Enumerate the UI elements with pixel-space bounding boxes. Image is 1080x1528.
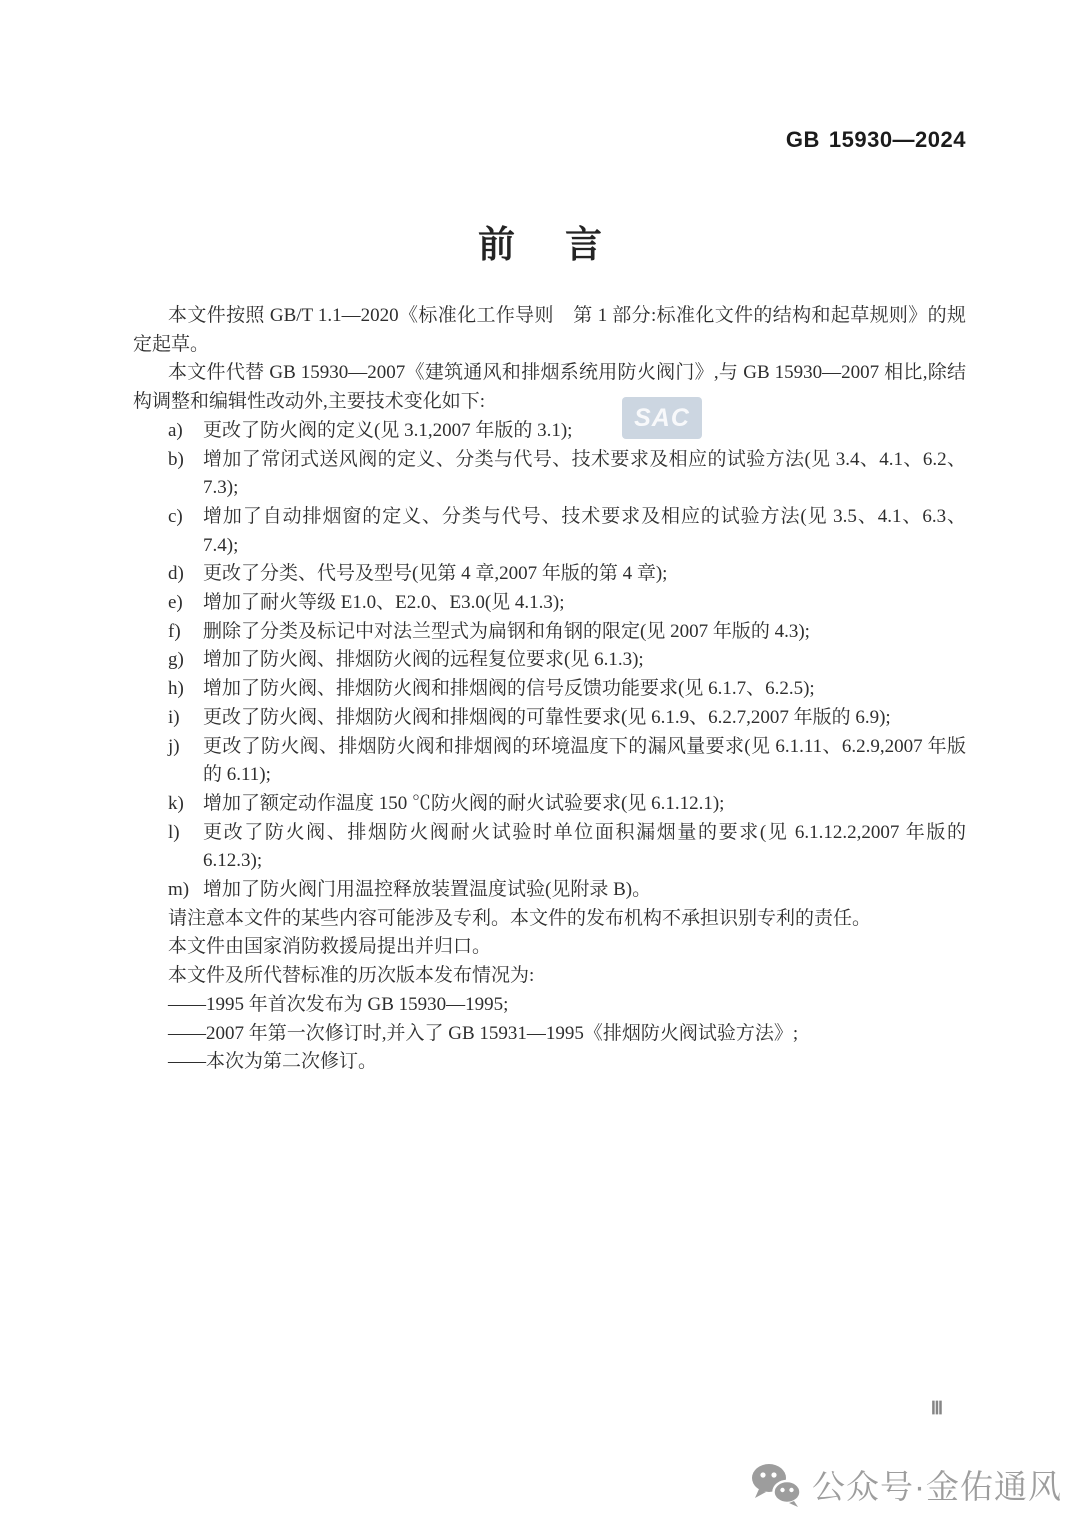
change-text: 更改了防火阀、排烟防火阀和排烟阀的可靠性要求(见 6.1.9、6.2.7,200… — [203, 707, 891, 728]
page-title: 前言 — [0, 214, 1080, 268]
change-item: a) 更改了防火阀的定义(见 3.1,2007 年版的 3.1); — [133, 417, 966, 446]
change-item: i) 更改了防火阀、排烟防火阀和排烟阀的可靠性要求(见 6.1.9、6.2.7,… — [133, 704, 966, 733]
change-text: 增加了自动排烟窗的定义、分类与代号、技术要求及相应的试验方法(见 3.5、4.1… — [203, 506, 966, 556]
changes-list: a) 更改了防火阀的定义(见 3.1,2007 年版的 3.1); b) 增加了… — [133, 417, 966, 905]
standard-code-gb: GB — [786, 127, 820, 152]
change-text: 更改了防火阀、排烟防火阀耐火试验时单位面积漏烟量的要求(见 6.1.12.2,2… — [203, 822, 966, 872]
page-number: Ⅲ — [922, 1398, 952, 1419]
change-label: b) — [168, 446, 184, 475]
change-label: c) — [168, 503, 183, 532]
edition-history-list: ——1995 年首次发布为 GB 15930—1995; ——2007 年第一次… — [133, 991, 966, 1077]
wechat-watermark: 公众号·金佑通风 — [750, 1461, 1062, 1508]
change-item: b) 增加了常闭式送风阀的定义、分类与代号、技术要求及相应的试验方法(见 3.4… — [133, 446, 966, 503]
change-text: 增加了防火阀、排烟防火阀和排烟阀的信号反馈功能要求(见 6.1.7、6.2.5)… — [203, 678, 815, 699]
change-text: 更改了防火阀、排烟防火阀和排烟阀的环境温度下的漏风量要求(见 6.1.11、6.… — [203, 736, 966, 786]
change-label: l) — [168, 819, 180, 848]
change-item: g) 增加了防火阀、排烟防火阀的远程复位要求(见 6.1.3); — [133, 646, 966, 675]
change-label: a) — [168, 417, 183, 446]
change-item: h) 增加了防火阀、排烟防火阀和排烟阀的信号反馈功能要求(见 6.1.7、6.2… — [133, 675, 966, 704]
change-item: m) 增加了防火阀门用温控释放装置温度试验(见附录 B)。 — [133, 876, 966, 905]
paragraph-patent-notice: 请注意本文件的某些内容可能涉及专利。本文件的发布机构不承担识别专利的责任。 — [133, 905, 966, 934]
change-text: 增加了耐火等级 E1.0、E2.0、E3.0(见 4.1.3); — [203, 592, 565, 613]
paragraph-edition-history-intro: 本文件及所代替标准的历次版本发布情况为: — [133, 962, 966, 991]
standard-code-number: 15930—2024 — [829, 127, 966, 152]
change-item: f) 删除了分类及标记中对法兰型式为扁钢和角钢的限定(见 2007 年版的 4.… — [133, 618, 966, 647]
paragraph-issuing-body: 本文件由国家消防救援局提出并归口。 — [133, 933, 966, 962]
change-item: j) 更改了防火阀、排烟防火阀和排烟阀的环境温度下的漏风量要求(见 6.1.11… — [133, 733, 966, 790]
change-item: e) 增加了耐火等级 E1.0、E2.0、E3.0(见 4.1.3); — [133, 589, 966, 618]
document-page: GB15930—2024 前言 SAC 本文件按照 GB/T 1.1—2020《… — [0, 0, 1080, 1528]
wechat-icon — [750, 1462, 802, 1508]
edition-history-item: ——2007 年第一次修订时,并入了 GB 15931—1995《排烟防火阀试验… — [133, 1020, 966, 1049]
change-label: i) — [168, 704, 180, 733]
change-text: 增加了常闭式送风阀的定义、分类与代号、技术要求及相应的试验方法(见 3.4、4.… — [203, 449, 966, 499]
change-label: g) — [168, 646, 184, 675]
foreword-content: 本文件按照 GB/T 1.1—2020《标准化工作导则 第 1 部分:标准化文件… — [133, 302, 966, 1077]
paragraph-drafting-basis: 本文件按照 GB/T 1.1—2020《标准化工作导则 第 1 部分:标准化文件… — [133, 302, 966, 359]
change-label: e) — [168, 589, 183, 618]
change-text: 更改了分类、代号及型号(见第 4 章,2007 年版的第 4 章); — [203, 563, 667, 584]
wechat-watermark-text: 公众号·金佑通风 — [812, 1461, 1062, 1508]
change-text: 增加了防火阀门用温控释放装置温度试验(见附录 B)。 — [203, 879, 651, 900]
change-item: l) 更改了防火阀、排烟防火阀耐火试验时单位面积漏烟量的要求(见 6.1.12.… — [133, 819, 966, 876]
page-title-char1: 前 — [478, 225, 515, 266]
change-label: k) — [168, 790, 184, 819]
edition-history-item: ——1995 年首次发布为 GB 15930—1995; — [133, 991, 966, 1020]
paragraph-replacement: 本文件代替 GB 15930—2007《建筑通风和排烟系统用防火阀门》,与 GB… — [133, 359, 966, 416]
change-label: h) — [168, 675, 184, 704]
change-label: d) — [168, 560, 184, 589]
change-text: 增加了额定动作温度 150 ℃防火阀的耐火试验要求(见 6.1.12.1); — [203, 793, 724, 814]
change-label: f) — [168, 618, 181, 647]
change-item: k) 增加了额定动作温度 150 ℃防火阀的耐火试验要求(见 6.1.12.1)… — [133, 790, 966, 819]
change-label: j) — [168, 733, 180, 762]
change-item: c) 增加了自动排烟窗的定义、分类与代号、技术要求及相应的试验方法(见 3.5、… — [133, 503, 966, 560]
change-item: d) 更改了分类、代号及型号(见第 4 章,2007 年版的第 4 章); — [133, 560, 966, 589]
standard-code: GB15930—2024 — [786, 127, 966, 153]
change-label: m) — [168, 876, 189, 905]
change-text: 删除了分类及标记中对法兰型式为扁钢和角钢的限定(见 2007 年版的 4.3); — [203, 621, 810, 642]
change-text: 更改了防火阀的定义(见 3.1,2007 年版的 3.1); — [203, 420, 572, 441]
change-text: 增加了防火阀、排烟防火阀的远程复位要求(见 6.1.3); — [203, 649, 644, 670]
page-title-char2: 言 — [565, 225, 602, 266]
edition-history-item: ——本次为第二次修订。 — [133, 1048, 966, 1077]
